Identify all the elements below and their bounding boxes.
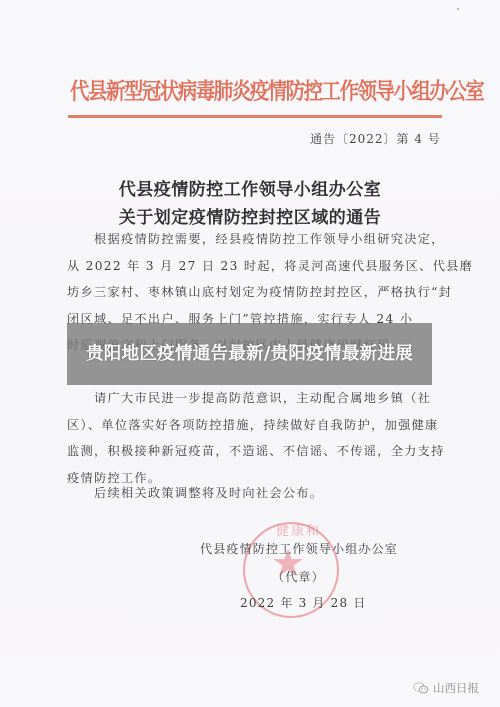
document-number: 通告〔2022〕第 4 号 (310, 130, 441, 147)
signature-seal-label: （代章） (272, 568, 325, 585)
document-title: 代县疫情防控工作领导小组办公室 关于划定疫情防控封控区域的通告 (0, 176, 500, 232)
headline-title: 贵阳地区疫情通告最新/贵阳疫情最新进展 (86, 343, 413, 366)
watermark-label: 山西日报 (433, 680, 479, 696)
paragraph-1-line: 从 2022 年 3 月 27 日 23 时起，将灵河高速代县服务区、代县磨 (67, 253, 439, 280)
scan-speck (457, 8, 459, 10)
paragraph-2-line: 请广大市民进一步提高防范意识，主动配合属地乡镇（社 (67, 385, 439, 412)
signature-date: 2022 年 3 月 28 日 (240, 594, 367, 611)
paragraph-2: 请广大市民进一步提高防范意识，主动配合属地乡镇（社 区）、单位落实好各项防控措施… (67, 385, 439, 491)
paragraph-3: 后续相关政策调整将及时向社会公布。 (67, 480, 439, 507)
wechat-icon (413, 682, 429, 694)
signature-org: 代县疫情防控工作领导小组办公室 (200, 540, 398, 557)
header-red-rule (68, 115, 442, 118)
source-watermark: 山西日报 (413, 680, 479, 696)
document-header-org: 代县新型冠状病毒肺炎疫情防控工作领导小组办公室 (70, 74, 390, 106)
stamp-text: 健康和 (276, 520, 321, 539)
paragraph-3-line: 后续相关政策调整将及时向社会公布。 (67, 480, 439, 507)
title-line-1: 代县疫情防控工作领导小组办公室 (0, 176, 500, 204)
paragraph-1-line: 根据疫情防控需要，经县疫情防控工作领导小组研究决定， (67, 226, 439, 253)
paragraph-2-line: 监测，积极接种新冠疫苗，不造谣、不信谣、不传谣，全力支持 (67, 438, 439, 465)
paragraph-1-line: 坊乡三家村、枣林镇山底村划定为疫情防控封控区，严格执行“封 (67, 279, 439, 306)
document-page: 代县新型冠状病毒肺炎疫情防控工作领导小组办公室 通告〔2022〕第 4 号 代县… (0, 0, 500, 707)
paragraph-2-line: 区）、单位落实好各项防控措施，持续做好自我防护，加强健康 (67, 412, 439, 439)
headline-overlay: 贵阳地区疫情通告最新/贵阳疫情最新进展 (67, 323, 432, 385)
